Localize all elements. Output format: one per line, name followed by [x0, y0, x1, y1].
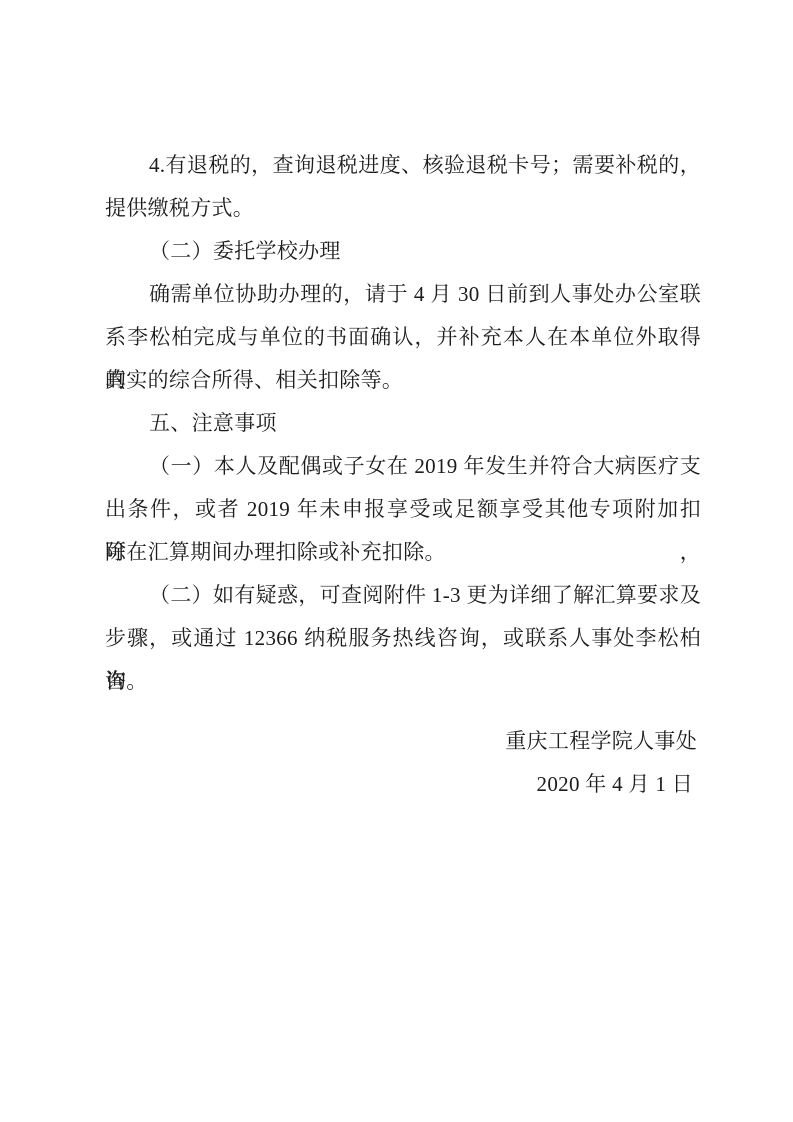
- text-line: 4.有退税的，查询退税进度、核验退税卡号；需要补税的，: [105, 144, 701, 187]
- text-line: 五、注意事项: [105, 402, 701, 445]
- text-line: 提供缴税方式。: [105, 187, 701, 230]
- signature-date: 2020 年 4 月 1 日: [105, 763, 701, 806]
- text-line: 步骤，或通过 12366 纳税服务热线咨询，或联系人事处李松柏咨: [105, 617, 701, 660]
- signature-org: 重庆工程学院人事处: [105, 720, 701, 763]
- text-line: 真实的综合所得、相关扣除等。: [105, 359, 701, 402]
- text-line: 询。: [105, 660, 701, 703]
- signature-block: 重庆工程学院人事处 2020 年 4 月 1 日: [105, 720, 701, 806]
- text-line: 确需单位协助办理的，请于 4 月 30 日前到人事处办公室联: [105, 273, 701, 316]
- text-line: （二）如有疑惑，可查阅附件 1-3 更为详细了解汇算要求及: [105, 574, 701, 617]
- document-body: 4.有退税的，查询退税进度、核验退税卡号；需要补税的，提供缴税方式。（二）委托学…: [105, 144, 701, 703]
- text-line: 出条件，或者 2019 年未申报享受或足额享受其他专项附加扣除，: [105, 488, 701, 531]
- document-page: 4.有退税的，查询退税进度、核验退税卡号；需要补税的，提供缴税方式。（二）委托学…: [0, 0, 793, 1122]
- text-line: （二）委托学校办理: [105, 230, 701, 273]
- text-line: 系李松柏完成与单位的书面确认，并补充本人在本单位外取得的: [105, 316, 701, 359]
- text-line: （一）本人及配偶或子女在 2019 年发生并符合大病医疗支: [105, 445, 701, 488]
